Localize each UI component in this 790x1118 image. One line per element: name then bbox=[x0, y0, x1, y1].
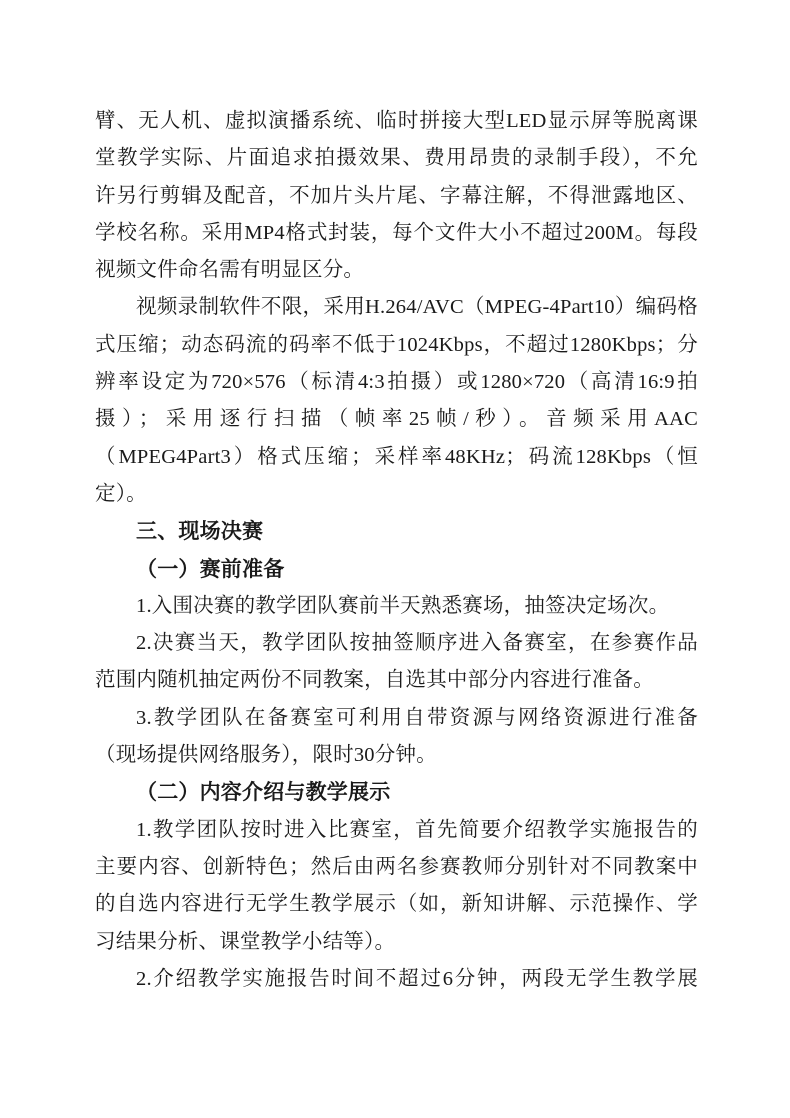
text-line: （二）内容介绍与教学展示 bbox=[95, 774, 698, 811]
text-line: 2.决赛当天，教学团队按抽签顺序进入备赛室，在参赛作品 bbox=[95, 625, 698, 662]
text-line: 主要内容、创新特色；然后由两名参赛教师分别针对不同教案中 bbox=[95, 849, 698, 886]
heading-subsection-1-pre-competition-prep: （一）赛前准备 bbox=[95, 551, 698, 588]
text-line: 定）。 bbox=[95, 476, 698, 513]
paragraph-prep-item-2: 2.决赛当天，教学团队按抽签顺序进入备赛室，在参赛作品范围内随机抽定两份不同教案… bbox=[95, 625, 698, 700]
paragraph-encoding-specs: 视频录制软件不限，采用H.264/AVC（MPEG-4Part10）编码格式压缩… bbox=[95, 289, 698, 513]
text-line: （一）赛前准备 bbox=[95, 551, 698, 588]
text-line: 视频录制软件不限，采用H.264/AVC（MPEG-4Part10）编码格 bbox=[95, 289, 698, 326]
heading-section-3-onsite-finals: 三、现场决赛 bbox=[95, 513, 698, 550]
paragraph-demo-item-2: 2.介绍教学实施报告时间不超过6分钟，两段无学生教学展 bbox=[95, 961, 698, 998]
text-line: 三、现场决赛 bbox=[95, 513, 698, 550]
text-line: 2.介绍教学实施报告时间不超过6分钟，两段无学生教学展 bbox=[95, 961, 698, 998]
text-line: 的自选内容进行无学生教学展示（如，新知讲解、示范操作、学 bbox=[95, 886, 698, 923]
text-line: 臂、无人机、虚拟演播系统、临时拼接大型LED显示屏等脱离课 bbox=[95, 103, 698, 140]
heading-subsection-2-content-intro-teaching-demo: （二）内容介绍与教学展示 bbox=[95, 774, 698, 811]
text-line: 式压缩；动态码流的码率不低于1024Kbps，不超过1280Kbps；分 bbox=[95, 327, 698, 364]
document-page: 臂、无人机、虚拟演播系统、临时拼接大型LED显示屏等脱离课堂教学实际、片面追求拍… bbox=[0, 0, 790, 1118]
text-line: 堂教学实际、片面追求拍摄效果、费用昂贵的录制手段），不允 bbox=[95, 140, 698, 177]
paragraph-demo-item-1: 1.教学团队按时进入比赛室，首先简要介绍教学实施报告的主要内容、创新特色；然后由… bbox=[95, 812, 698, 961]
text-line: 1.入围决赛的教学团队赛前半天熟悉赛场，抽签决定场次。 bbox=[95, 588, 698, 625]
document-body: 臂、无人机、虚拟演播系统、临时拼接大型LED显示屏等脱离课堂教学实际、片面追求拍… bbox=[95, 103, 698, 998]
paragraph-prep-item-3: 3.教学团队在备赛室可利用自带资源与网络资源进行准备（现场提供网络服务），限时3… bbox=[95, 700, 698, 775]
text-line: 辨率设定为720×576（标清4:3拍摄）或1280×720（高清16:9拍 bbox=[95, 364, 698, 401]
text-line: 视频文件命名需有明显区分。 bbox=[95, 252, 698, 289]
text-line: 许另行剪辑及配音，不加片头片尾、字幕注解，不得泄露地区、 bbox=[95, 178, 698, 215]
paragraph-prep-item-1: 1.入围决赛的教学团队赛前半天熟悉赛场，抽签决定场次。 bbox=[95, 588, 698, 625]
text-line: 习结果分析、课堂教学小结等）。 bbox=[95, 924, 698, 961]
text-line: （MPEG4Part3）格式压缩；采样率48KHz；码流128Kbps（恒 bbox=[95, 439, 698, 476]
text-line: 1.教学团队按时进入比赛室，首先简要介绍教学实施报告的 bbox=[95, 812, 698, 849]
text-line: 范围内随机抽定两份不同教案，自选其中部分内容进行准备。 bbox=[95, 662, 698, 699]
text-line: （现场提供网络服务），限时30分钟。 bbox=[95, 737, 698, 774]
text-line: 摄）；采用逐行扫描（帧率25帧/秒）。音频采用AAC bbox=[95, 401, 698, 438]
paragraph-video-recording-rules-continued: 臂、无人机、虚拟演播系统、临时拼接大型LED显示屏等脱离课堂教学实际、片面追求拍… bbox=[95, 103, 698, 289]
text-line: 3.教学团队在备赛室可利用自带资源与网络资源进行准备 bbox=[95, 700, 698, 737]
text-line: 学校名称。采用MP4格式封装，每个文件大小不超过200M。每段 bbox=[95, 215, 698, 252]
